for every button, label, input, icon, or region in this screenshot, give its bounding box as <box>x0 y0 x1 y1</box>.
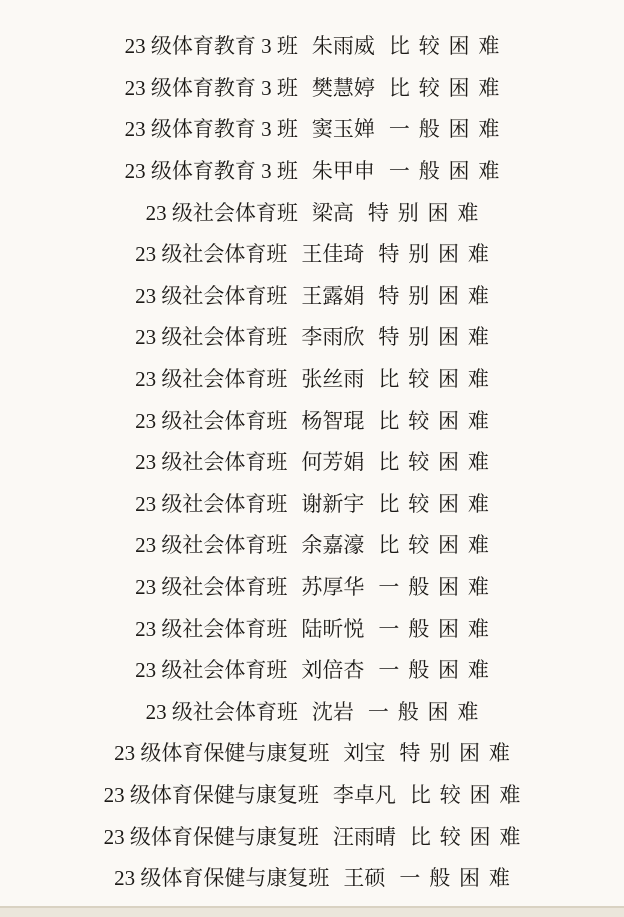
student-name: 汪雨晴 <box>333 827 396 848</box>
class-name: 23 级社会体育班 <box>135 369 287 390</box>
student-name: 李雨欣 <box>301 327 364 348</box>
student-record-row: 23 级体育保健与康复班汪雨晴比较困难 <box>0 816 624 858</box>
student-record-row: 23 级社会体育班杨智琨比较困难 <box>0 400 624 442</box>
student-record-row: 23 级社会体育班陆昕悦一般困难 <box>0 608 624 650</box>
difficulty-level: 特别困难 <box>378 244 497 265</box>
student-name: 朱雨威 <box>312 36 375 57</box>
class-name: 23 级体育教育 3 班 <box>125 36 298 57</box>
difficulty-level: 特别困难 <box>378 327 497 348</box>
difficulty-level: 比较困难 <box>378 494 497 515</box>
difficulty-level: 特别困难 <box>368 203 487 224</box>
difficulty-level: 比较困难 <box>378 411 497 432</box>
difficulty-level: 比较困难 <box>378 452 497 473</box>
student-name: 王佳琦 <box>301 244 364 265</box>
difficulty-level: 一般困难 <box>378 660 497 681</box>
student-name: 苏厚华 <box>301 577 364 598</box>
class-name: 23 级社会体育班 <box>135 244 287 265</box>
student-name: 何芳娟 <box>301 452 364 473</box>
student-name: 刘宝 <box>343 743 385 764</box>
difficulty-level: 一般困难 <box>389 161 508 182</box>
student-record-row: 23 级社会体育班余嘉濠比较困难 <box>0 525 624 567</box>
difficulty-level: 一般困难 <box>389 119 508 140</box>
class-name: 23 级体育保健与康复班 <box>114 743 329 764</box>
student-record-row: 23 级体育保健与康复班李卓凡比较困难 <box>0 775 624 817</box>
class-name: 23 级社会体育班 <box>135 619 287 640</box>
student-name: 杨智琨 <box>301 411 364 432</box>
class-name: 23 级体育教育 3 班 <box>125 119 298 140</box>
student-name: 沈岩 <box>312 702 354 723</box>
difficulty-level: 一般困难 <box>378 577 497 598</box>
student-name: 张丝雨 <box>301 369 364 390</box>
student-record-row: 23 级社会体育班何芳娟比较困难 <box>0 442 624 484</box>
class-name: 23 级社会体育班 <box>135 411 287 432</box>
student-record-row: 23 级社会体育班李雨欣特别困难 <box>0 317 624 359</box>
difficulty-level: 特别困难 <box>399 743 518 764</box>
class-name: 23 级体育保健与康复班 <box>114 868 329 889</box>
student-name: 刘倍杏 <box>301 660 364 681</box>
student-record-row: 23 级社会体育班王佳琦特别困难 <box>0 234 624 276</box>
student-name: 陆昕悦 <box>301 619 364 640</box>
student-name: 朱甲申 <box>312 161 375 182</box>
student-record-row: 23 级体育教育 3 班朱雨威比较困难 <box>0 26 624 68</box>
class-name: 23 级社会体育班 <box>135 327 287 348</box>
difficulty-level: 比较困难 <box>389 78 508 99</box>
class-name: 23 级体育教育 3 班 <box>125 161 298 182</box>
student-record-row: 23 级社会体育班刘倍杏一般困难 <box>0 650 624 692</box>
difficulty-level: 比较困难 <box>389 36 508 57</box>
class-name: 23 级社会体育班 <box>135 286 287 307</box>
class-name: 23 级社会体育班 <box>135 577 287 598</box>
class-name: 23 级社会体育班 <box>146 702 298 723</box>
class-name: 23 级社会体育班 <box>146 203 298 224</box>
difficulty-level: 一般困难 <box>399 868 518 889</box>
student-record-row: 23 级社会体育班沈岩一般困难 <box>0 692 624 734</box>
student-record-row: 23 级社会体育班梁高特别困难 <box>0 192 624 234</box>
difficulty-level: 比较困难 <box>378 535 497 556</box>
class-name: 23 级社会体育班 <box>135 452 287 473</box>
document-page: 23 级体育教育 3 班朱雨威比较困难23 级体育教育 3 班樊慧婷比较困难23… <box>0 0 624 917</box>
student-record-row: 23 级社会体育班苏厚华一般困难 <box>0 567 624 609</box>
class-name: 23 级社会体育班 <box>135 535 287 556</box>
student-name: 樊慧婷 <box>312 78 375 99</box>
student-record-row: 23 级体育保健与康复班王硕一般困难 <box>0 858 624 900</box>
class-name: 23 级体育保健与康复班 <box>104 827 319 848</box>
difficulty-level: 比较困难 <box>410 827 529 848</box>
student-name: 李卓凡 <box>333 785 396 806</box>
student-name: 梁高 <box>312 203 354 224</box>
class-name: 23 级社会体育班 <box>135 660 287 681</box>
student-record-row: 23 级体育保健与康复班刘宝特别困难 <box>0 733 624 775</box>
student-record-row: 23 级社会体育班王露娟特别困难 <box>0 276 624 318</box>
student-name: 王露娟 <box>301 286 364 307</box>
difficulty-level: 特别困难 <box>378 286 497 307</box>
student-name: 谢新宇 <box>301 494 364 515</box>
student-record-row: 23 级社会体育班张丝雨比较困难 <box>0 359 624 401</box>
student-record-row: 23 级社会体育班谢新宇比较困难 <box>0 484 624 526</box>
class-name: 23 级社会体育班 <box>135 494 287 515</box>
difficulty-level: 一般困难 <box>378 619 497 640</box>
student-record-row: 23 级体育教育 3 班樊慧婷比较困难 <box>0 68 624 110</box>
difficulty-level: 比较困难 <box>378 369 497 390</box>
page-edge-divider <box>0 906 624 917</box>
student-record-row: 23 级体育教育 3 班朱甲申一般困难 <box>0 151 624 193</box>
class-name: 23 级体育教育 3 班 <box>125 78 298 99</box>
student-record-row: 23 级体育教育 3 班窦玉婵一般困难 <box>0 109 624 151</box>
student-name: 余嘉濠 <box>301 535 364 556</box>
student-records-list: 23 级体育教育 3 班朱雨威比较困难23 级体育教育 3 班樊慧婷比较困难23… <box>0 0 624 899</box>
difficulty-level: 一般困难 <box>368 702 487 723</box>
student-name: 窦玉婵 <box>312 119 375 140</box>
difficulty-level: 比较困难 <box>410 785 529 806</box>
class-name: 23 级体育保健与康复班 <box>104 785 319 806</box>
student-name: 王硕 <box>343 868 385 889</box>
